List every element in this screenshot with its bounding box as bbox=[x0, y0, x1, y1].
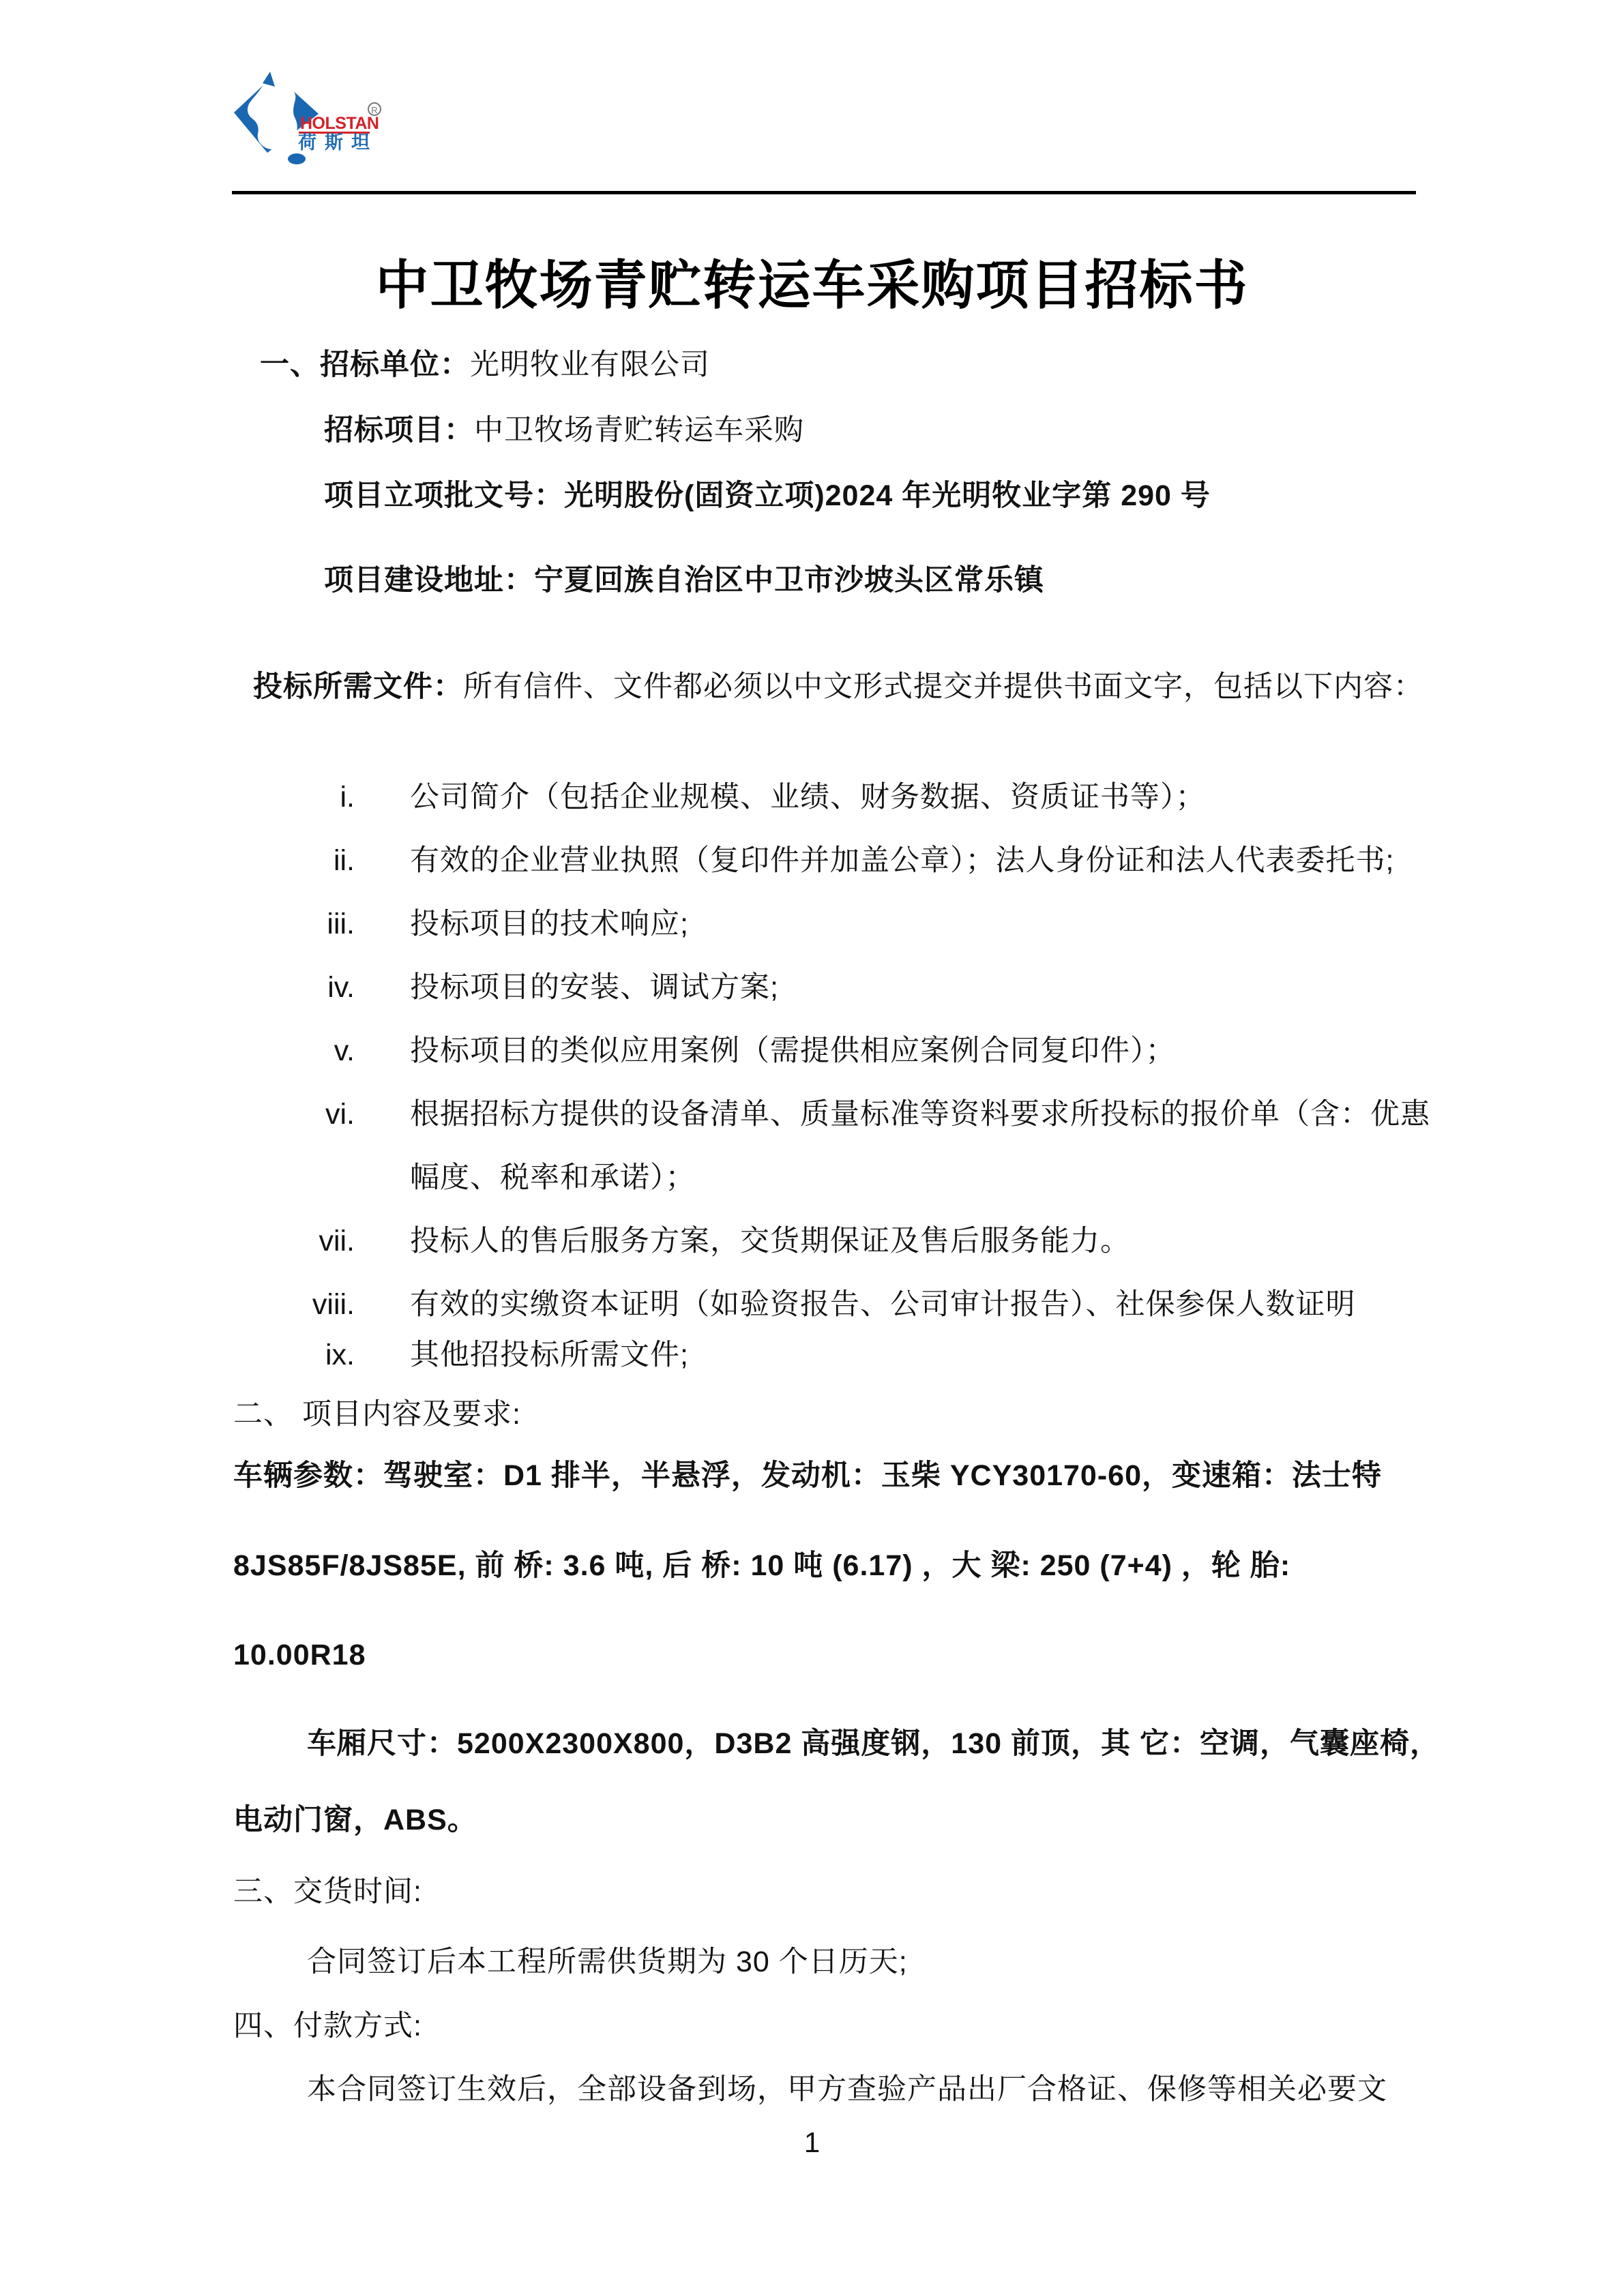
vehicle-params-line2: 8JS85F/8JS85E, 前 桥: 3.6 吨, 后 桥: 10 吨 (6.… bbox=[233, 1546, 1290, 1585]
required-documents-intro: 所有信件、文件都必须以中文形式提交并提供书面文字，包括以下内容： bbox=[463, 670, 1423, 703]
section2-heading: 二、 项目内容及要求: bbox=[233, 1395, 521, 1434]
list-number: ix. bbox=[259, 1335, 355, 1375]
list-number: v. bbox=[259, 1031, 355, 1071]
list-item: 投标项目的类似应用案例（需提供相应案例合同复印件）； bbox=[410, 1031, 1176, 1071]
page-number: 1 bbox=[0, 2126, 1624, 2159]
list-number: vii. bbox=[259, 1221, 355, 1261]
list-item-continuation: 幅度、税率和承诺）； bbox=[410, 1158, 696, 1197]
header-divider bbox=[232, 191, 1416, 194]
list-number: vi. bbox=[259, 1094, 355, 1134]
list-item: 其他招投标所需文件; bbox=[410, 1335, 689, 1375]
tender-project-label: 招标项目： bbox=[324, 414, 474, 447]
vehicle-params-line3: 10.00R18 bbox=[233, 1635, 366, 1675]
page-title: 中卫牧场青贮转运车采购项目招标书 bbox=[0, 243, 1624, 319]
tender-unit-label: 一、招标单位： bbox=[260, 348, 470, 381]
required-documents-label: 投标所需文件： bbox=[253, 670, 463, 703]
required-documents-intro-line: 投标所需文件：所有信件、文件都必须以中文形式提交并提供书面文字，包括以下内容： bbox=[253, 667, 1423, 706]
list-item: 投标项目的安装、调试方案; bbox=[410, 968, 779, 1007]
project-address-line: 项目建设地址：宁夏回族自治区中卫市沙坡头区常乐镇 bbox=[324, 561, 1044, 600]
list-item: 公司简介（包括企业规模、业绩、财务数据、资质证书等）； bbox=[410, 777, 1206, 817]
section3-heading: 三、交货时间: bbox=[233, 1872, 422, 1911]
registered-trademark-letter: R bbox=[371, 105, 377, 115]
delivery-time-body: 合同签订后本工程所需供货期为 30 个日历天; bbox=[307, 1942, 908, 1982]
list-number: viii. bbox=[259, 1285, 355, 1324]
list-item: 有效的实缴资本证明（如验资报告、公司审计报告）、社保参保人数证明 bbox=[410, 1285, 1356, 1324]
list-item: 有效的企业营业执照（复印件并加盖公章）；法人身份证和法人代表委托书; bbox=[410, 841, 1394, 880]
payment-terms-body: 本合同签订生效后，全部设备到场，甲方查验产品出厂合格证、保修等相关必要文 bbox=[307, 2070, 1387, 2109]
logo-brand-chinese: 荷斯坦 bbox=[298, 132, 378, 153]
vehicle-params-line1: 车辆参数：驾驶室：D1 排半，半悬浮，发动机：玉柴 YCY30170-60，变速… bbox=[233, 1456, 1382, 1495]
carriage-size-line: 车厢尺寸：5200X2300X800，D3B2 高强度钢，130 前顶，其 它：… bbox=[307, 1724, 1440, 1763]
list-item: 投标项目的技术响应; bbox=[410, 904, 689, 944]
list-number: ii. bbox=[259, 841, 355, 880]
tender-project-line: 招标项目：中卫牧场青贮转运车采购 bbox=[324, 411, 804, 450]
document-page: HOLSTAN R 荷斯坦 中卫牧场青贮转运车采购项目招标书 一、招标单位：光明… bbox=[0, 0, 1624, 2296]
list-item: 投标人的售后服务方案，交货期保证及售后服务能力。 bbox=[410, 1221, 1130, 1261]
list-number: iii. bbox=[259, 904, 355, 944]
list-number: iv. bbox=[259, 968, 355, 1007]
tender-unit-line: 一、招标单位：光明牧业有限公司 bbox=[260, 345, 710, 385]
tender-unit-value: 光明牧业有限公司 bbox=[470, 348, 710, 381]
list-item: 根据招标方提供的设备清单、质量标准等资料要求所投标的报价单（含：优惠 bbox=[410, 1094, 1430, 1134]
vehicle-params-line5: 电动门窗，ABS。 bbox=[233, 1800, 477, 1840]
cow-nose-icon bbox=[288, 153, 306, 164]
logo-brand-text: HOLSTAN bbox=[300, 114, 379, 133]
section4-heading: 四、付款方式: bbox=[233, 2006, 422, 2046]
company-logo: HOLSTAN R 荷斯坦 bbox=[225, 63, 389, 166]
tender-project-value: 中卫牧场青贮转运车采购 bbox=[474, 414, 804, 447]
project-approval-number-line: 项目立项批文号：光明股份(固资立项)2024 年光明牧业字第 290 号 bbox=[324, 476, 1211, 516]
list-number: i. bbox=[259, 777, 355, 817]
